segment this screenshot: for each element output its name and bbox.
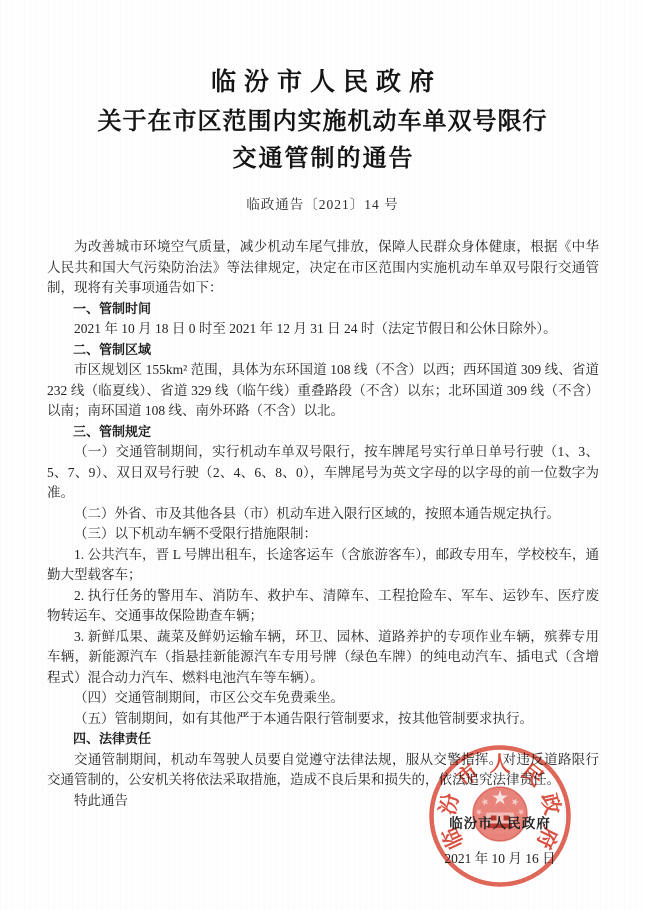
section-heading-control-time: 一、管制时间 xyxy=(47,299,599,320)
section-heading-control-rules: 三、管制规定 xyxy=(47,422,599,443)
paragraph-rule-2: （二）外省、市及其他各县（市）机动车进入限行区域的，按照本通告规定执行。 xyxy=(47,504,599,525)
paragraph-time: 2021 年 10 月 18 日 0 时至 2021 年 12 月 31 日 2… xyxy=(47,319,599,340)
paragraph-exempt-1: 1. 公共汽车，晋 L 号牌出租车，长途客运车（含旅游客车），邮政专用车，学校校… xyxy=(47,545,599,586)
paragraph-rule-1: （一）交通管制期间，实行机动车单双号限行，按车牌尾号实行单日单号行驶（1、3、5… xyxy=(47,442,599,504)
page-title-line-3: 交通管制的通告 xyxy=(0,141,645,177)
document-title: 临汾市人民政府 关于在市区范围内实施机动车单双号限行 交通管制的通告 xyxy=(0,0,645,177)
notice-body: 为改善城市环境空气质量，减少机动车尾气排放，保障人民群众身体健康，根据《中华人民… xyxy=(0,213,645,811)
svg-text:人: 人 xyxy=(490,752,511,776)
paragraph-rule-3: （三）以下机动车辆不受限行措施限制： xyxy=(47,524,599,545)
signature-date: 2021 年 10 月 16 日 xyxy=(423,847,577,867)
paragraph-exempt-2: 2. 执行任务的警用车、消防车、救护车、清障车、工程抢险车、军车、运钞车、医疗废… xyxy=(47,586,599,627)
paragraph-exempt-3: 3. 新鲜瓜果、蔬菜及鲜奶运输车辆，环卫、园林、道路养护的专项作业车辆，殡葬专用… xyxy=(47,627,599,689)
paragraph-area: 市区规划区 155km² 范围，具体为东环国道 108 线（不含）以西；西环国道… xyxy=(47,360,599,422)
notice-page: 临汾市人民政府 关于在市区范围内实施机动车单双号限行 交通管制的通告 临政通告〔… xyxy=(0,0,645,910)
paragraph-rule-4: （四）交通管制期间，市区公交车免费乘坐。 xyxy=(47,688,599,709)
paragraph-intro: 为改善城市环境空气质量，减少机动车尾气排放，保障人民群众身体健康，根据《中华人民… xyxy=(47,237,599,299)
signature-issuer: 临汾市人民政府 xyxy=(428,812,572,832)
section-heading-control-area: 二、管制区域 xyxy=(47,340,599,361)
doc-number: 临政通告〔2021〕14 号 xyxy=(0,193,645,213)
paragraph-rule-5: （五）管制期间，如有其他严于本通告限行管制要求，按其他管制要求执行。 xyxy=(47,709,599,730)
page-title-line-1: 临汾市人民政府 xyxy=(0,66,645,100)
page-title-line-2: 关于在市区范围内实施机动车单双号限行 xyxy=(0,103,645,141)
